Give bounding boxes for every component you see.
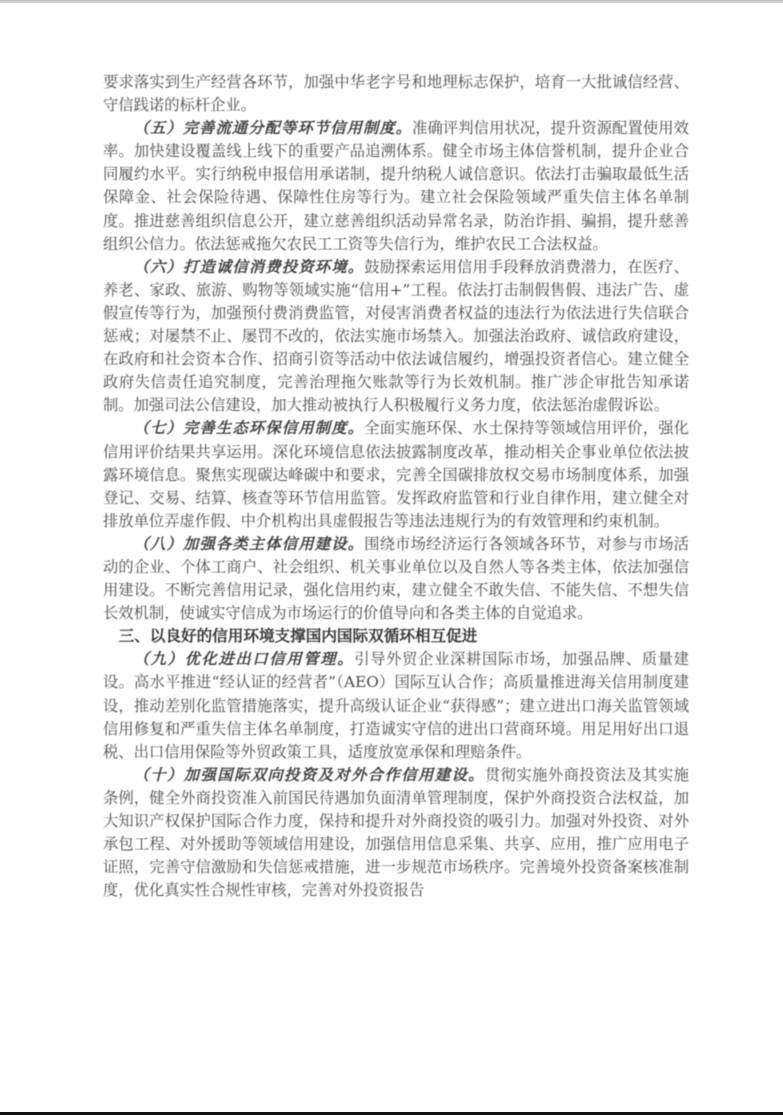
paragraph-body: 鼓励探索运用信用手段释放消费潜力，在医疗、养老、家政、旅游、购物等领域实施“信用… [103,258,689,415]
section-heading: 三、以良好的信用环境支撑国内国际双循环相互促进 [103,625,689,648]
paragraph-title: （六）打造诚信消费投资环境。 [134,258,365,276]
paragraph-9: （九）优化进出口信用管理。引导外贸企业深耕国际市场，加强品牌、质量建设。高水平推… [103,648,689,763]
paragraph-6: （六）打造诚信消费投资环境。鼓励探索运用信用手段释放消费潜力，在医疗、养老、家政… [103,256,689,418]
paragraph-title: （七）完善生态环保信用制度。 [134,419,365,437]
paragraph-continued: 要求落实到生产经营各环节，加强中华老字号和地理标志保护，培育一大批诚信经营、守信… [103,71,689,117]
paragraph-5: （五）完善流通分配等环节信用制度。准确评判信用状况，提升资源配置使用效率。加快建… [103,117,689,256]
paragraph-8: （八）加强各类主体信用建设。围绕市场经济运行各领域各环节，对参与市场活动的企业、… [103,533,689,625]
paragraph-7: （七）完善生态环保信用制度。全面实施环保、水土保持等领域信用评价，强化信用评价结… [103,417,689,532]
paragraph-title: （八）加强各类主体信用建设。 [134,535,365,553]
paragraph-body: 准确评判信用状况，提升资源配置使用效率。加快建设覆盖线上线下的重要产品追溯体系。… [103,119,689,252]
paragraph-10: （十）加强国际双向投资及对外合作信用建设。贯彻实施外商投资法及其实施条例，健全外… [103,764,689,903]
paragraph-body: 贯彻实施外商投资法及其实施条例，健全外商投资准入前国民待遇加负面清单管理制度，保… [103,766,689,899]
paragraph-body: 要求落实到生产经营各环节，加强中华老字号和地理标志保护，培育一大批诚信经营、守信… [103,73,689,114]
paragraph-title: （五）完善流通分配等环节信用制度。 [134,119,413,137]
document-page: 要求落实到生产经营各环节，加强中华老字号和地理标志保护，培育一大批诚信经营、守信… [103,71,689,902]
page-top-edge [0,0,783,3]
paragraph-title: （九）优化进出口信用管理。 [134,650,355,668]
paragraph-title: （十）加强国际双向投资及对外合作信用建设。 [134,766,485,784]
